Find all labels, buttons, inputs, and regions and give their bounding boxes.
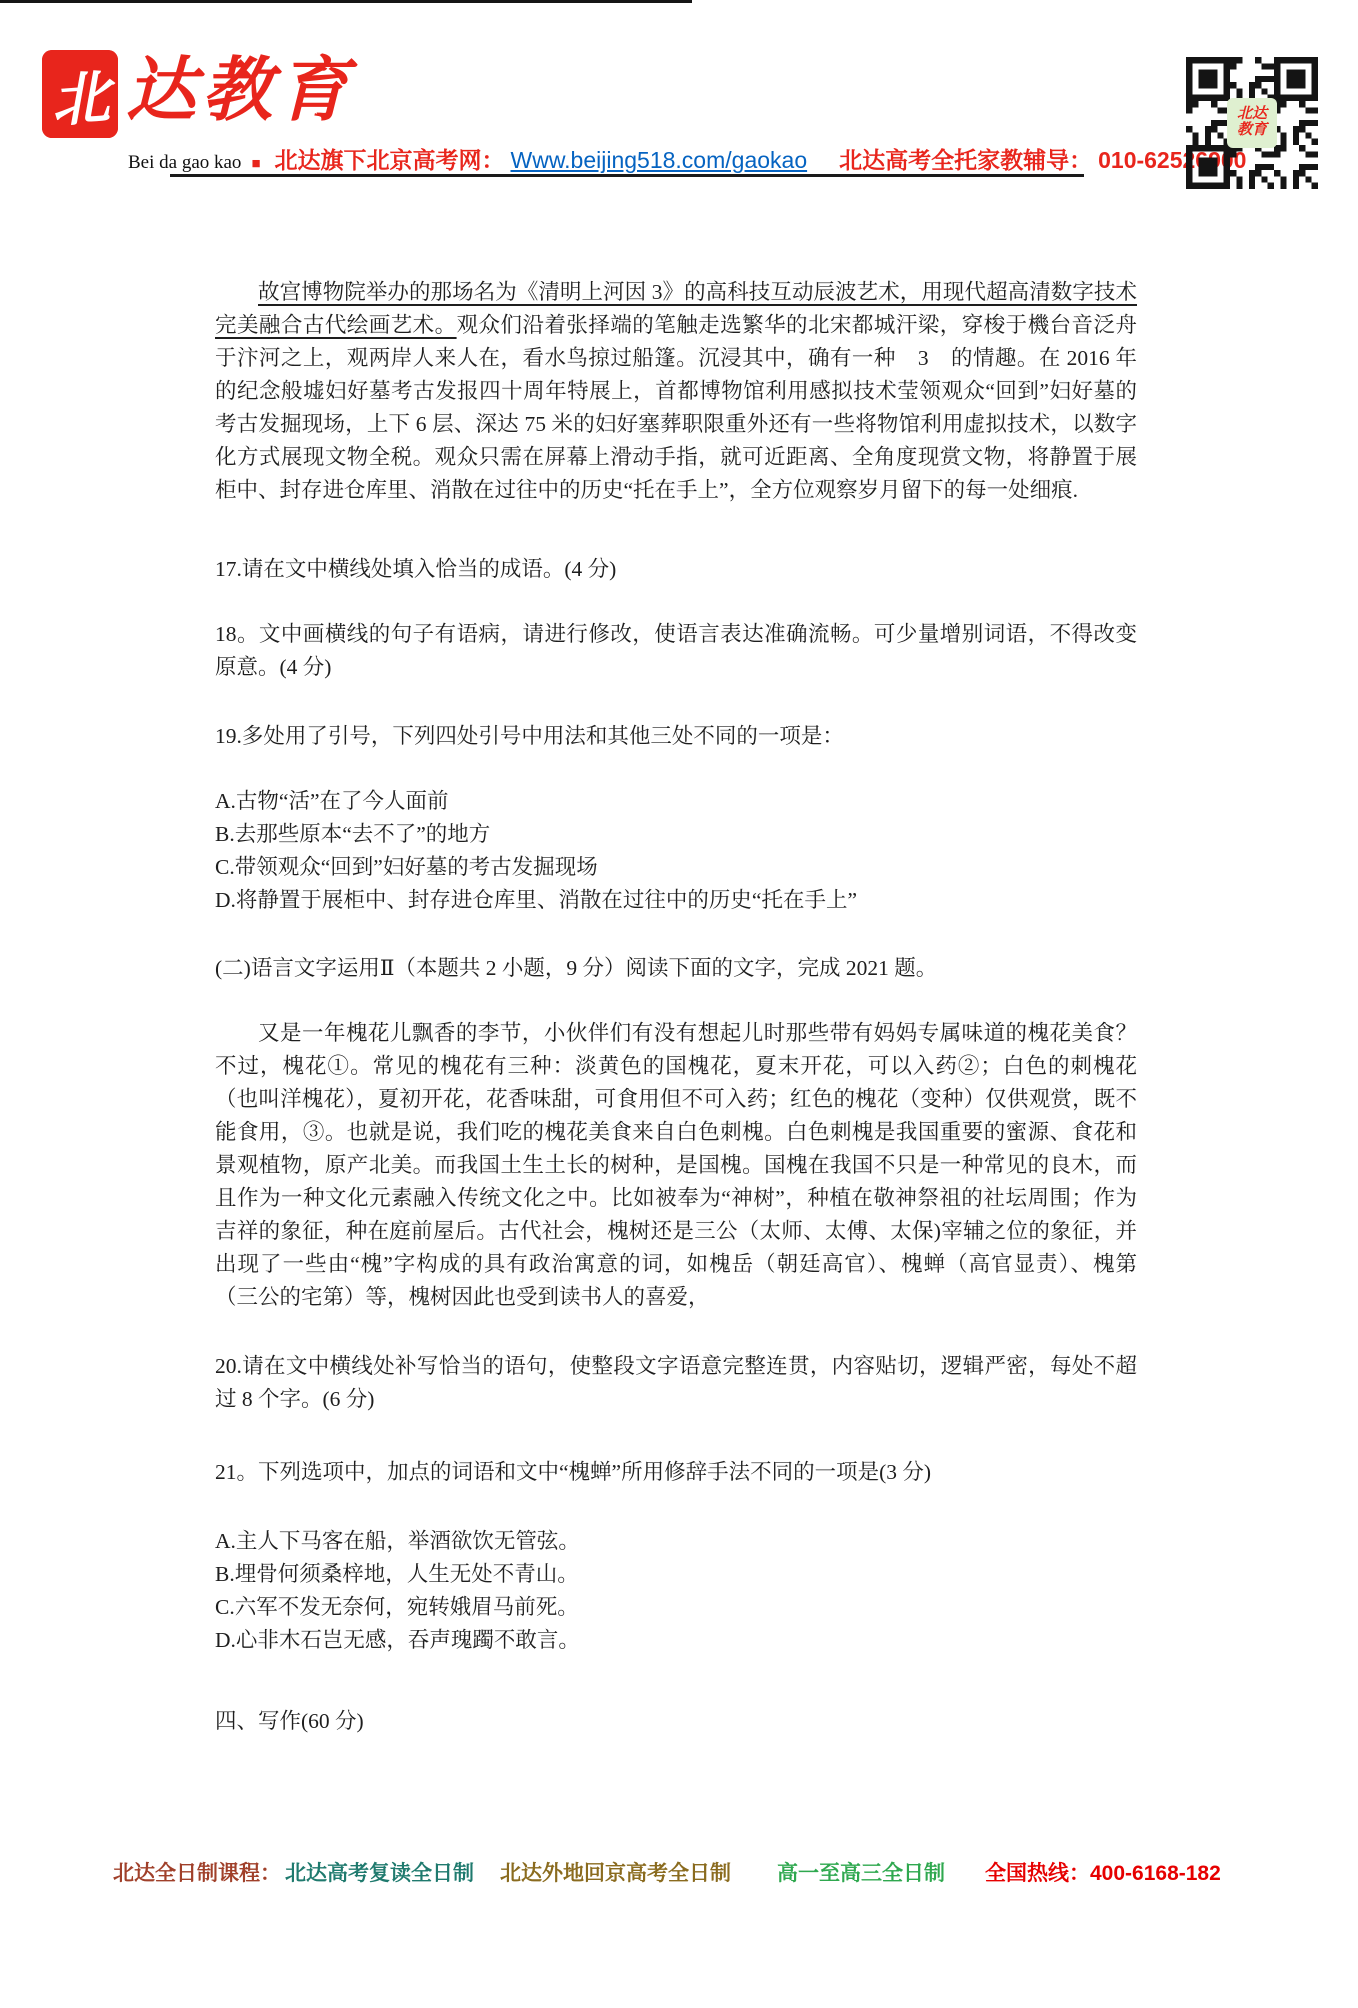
footer-course-2: 北达外地回京高考全日制	[500, 1862, 731, 1885]
question-21-option-a: A.主人下马客在船，举酒欲饮无管弦。	[215, 1525, 1137, 1558]
question-21: 21。下列选项中，加点的词语和文中“槐蝉”所用修辞手法不同的一项是(3 分)	[215, 1456, 1137, 1489]
footer-hotline-label: 全国热线：	[985, 1862, 1090, 1885]
question-19-options: A.古物“活”在了今人面前 B.去那些原本“去不了”的地方 C.带领观众“回到”…	[215, 785, 1137, 917]
question-21-option-b: B.埋骨何须桑梓地，人生无处不青山。	[215, 1558, 1137, 1591]
question-21-option-c: C.六军不发无奈何，宛转娥眉马前死。	[215, 1591, 1137, 1624]
question-21-options: A.主人下马客在船，举酒欲饮无管弦。 B.埋骨何须桑梓地，人生无处不青山。 C.…	[215, 1525, 1137, 1657]
section-2-heading: (二)语言文字运用Ⅱ（本题共 2 小题，9 分）阅读下面的文字，完成 2021 …	[215, 952, 1137, 985]
logo-seal-character: 北	[48, 50, 112, 138]
section-4-heading: 四、写作(60 分)	[215, 1705, 1137, 1738]
tutoring-label: 北达高考全托家教辅导：	[839, 142, 1092, 175]
qr-center-line2: 教育	[1237, 123, 1267, 139]
question-20: 20.请在文中横线处补写恰当的语句，使整段文字语意完整连贯，内容贴切，逻辑严密，…	[215, 1350, 1137, 1416]
logo-pinyin: Bei da gao kao	[128, 152, 241, 174]
passage-1: 故宫博物院举办的那场名为《清明上河因 3》的高科技互动辰波艺术，用现代超高清数字…	[215, 276, 1137, 507]
logo-seal: 北	[42, 50, 118, 138]
qr-code: 北达 教育	[1186, 57, 1318, 189]
logo-text: 达教育	[126, 34, 354, 135]
gaokao-site-label: 北达旗下北京高考网：	[275, 142, 505, 175]
footer-course-3: 高一至高三全日制	[777, 1862, 945, 1885]
footer-courses-label: 北达全日制课程：	[113, 1862, 281, 1885]
qr-center-label: 北达 教育	[1227, 98, 1277, 148]
exam-page: 北 达教育 Bei da gao kao ■ 北达旗下北京高考网： Www.be…	[0, 0, 1358, 2008]
footer-banner: 北达全日制课程：北达高考复读全日制北达外地回京高考全日制高一至高三全日制全国热线…	[113, 1857, 1221, 1887]
question-19: 19.多处用了引号，下列四处引号中用法和其他三处不同的一项是：	[215, 720, 1137, 753]
question-19-option-b: B.去那些原本“去不了”的地方	[215, 818, 1137, 851]
passage-1-rest: 观众们沿着张择端的笔触走选繁华的北宋都城汗梁，穿梭于機台音泛舟于汴河之上，观两岸…	[215, 313, 1137, 502]
passage-2: 又是一年槐花儿飘香的李节，小伙伴们有没有想起儿时那些带有妈妈专属味道的槐花美食？…	[215, 1017, 1137, 1314]
footer-hotline-number: 400-6168-182	[1090, 1862, 1221, 1885]
question-19-option-a: A.古物“活”在了今人面前	[215, 785, 1137, 818]
footer-course-1: 北达高考复读全日制	[285, 1862, 474, 1885]
qr-center-line1: 北达	[1237, 107, 1267, 123]
question-19-option-d: D.将静置于展柜中、封存进仓库里、消散在过往中的历史“托在手上”	[215, 884, 1137, 917]
header-divider	[170, 174, 1084, 177]
gaokao-site-link[interactable]: Www.beijing518.com/gaokao	[511, 147, 808, 174]
question-18: 18。文中画横线的句子有语病，请进行修改，使语言表达准确流畅。可少量增别词语，不…	[215, 618, 1137, 684]
question-17: 17.请在文中横线处填入恰当的成语。(4 分)	[215, 553, 1137, 586]
question-19-option-c: C.带领观众“回到”妇好墓的考古发掘现场	[215, 851, 1137, 884]
exam-body: 故宫博物院举办的那场名为《清明上河因 3》的高科技互动辰波艺术，用现代超高清数字…	[215, 276, 1137, 1738]
red-square-bullet-icon: ■	[251, 156, 260, 173]
question-21-option-d: D.心非木石岂无感，吞声瑰躅不敢言。	[215, 1624, 1137, 1657]
top-border-line	[0, 0, 692, 3]
header-caption-row: Bei da gao kao ■ 北达旗下北京高考网： Www.beijing5…	[128, 142, 1246, 175]
